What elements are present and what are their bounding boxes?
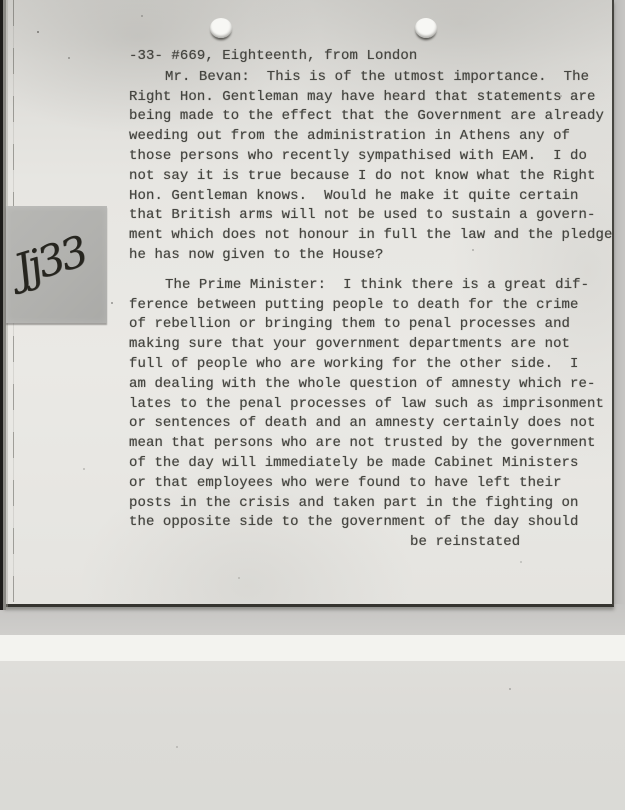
text-line: or that employees who were found to have…: [129, 474, 624, 494]
punch-hole-right: [414, 17, 437, 38]
typed-text: -33- #669, Eighteenth, from London Mr. B…: [129, 47, 624, 553]
text-line: ference between putting people to death …: [129, 296, 624, 316]
text-line: lates to the penal processes of law such…: [129, 395, 624, 415]
text-line: ment which does not honour in full the l…: [129, 226, 624, 246]
text-line: of rebellion or bringing them to penal p…: [129, 315, 624, 335]
dust-specks: [0, 0, 2, 2]
text-line: weeding out from the administration in A…: [129, 127, 624, 147]
text-line: being made to the effect that the Govern…: [129, 107, 624, 127]
text-line: that British arms will not be used to su…: [129, 206, 624, 226]
paragraph: Mr. Bevan: This is of the utmost importa…: [129, 68, 624, 266]
text-line: those persons who recently sympathised w…: [129, 147, 624, 167]
text-line: Right Hon. Gentleman may have heard that…: [129, 88, 624, 108]
text-line: Hon. Gentleman knows. Would he make it q…: [129, 187, 624, 207]
text-line: making sure that your government departm…: [129, 335, 624, 355]
text-line: or sentences of death and an amnesty cer…: [129, 414, 624, 434]
page-header-line: -33- #669, Eighteenth, from London: [129, 47, 624, 67]
text-line: of the day will immediately be made Cabi…: [129, 454, 624, 474]
text-line: am dealing with the whole question of am…: [129, 375, 624, 395]
backing-shadow-band: [0, 604, 625, 635]
text-line: The Prime Minister: I think there is a g…: [129, 276, 624, 296]
text-line: mean that persons who are not trusted by…: [129, 434, 624, 454]
document-scan: -33- #669, Eighteenth, from London Mr. B…: [0, 0, 625, 810]
handwritten-mark: Jj33: [8, 227, 91, 295]
paragraph: The Prime Minister: I think there is a g…: [129, 276, 624, 553]
backing-bottom-area: [0, 661, 625, 810]
punch-hole-left: [210, 18, 232, 38]
text-line: he has now given to the House?: [129, 246, 624, 266]
backing-white-band: [0, 635, 625, 661]
typed-text-body: Mr. Bevan: This is of the utmost importa…: [129, 68, 624, 553]
text-line: not say it is true because I do not know…: [129, 167, 624, 187]
text-line: Mr. Bevan: This is of the utmost importa…: [129, 68, 624, 88]
text-line: posts in the crisis and taken part in th…: [129, 494, 624, 514]
archive-label-sticker: Jj33: [6, 206, 107, 323]
text-line: full of people who are working for the o…: [129, 355, 624, 375]
text-line: the opposite side to the government of t…: [129, 513, 624, 533]
closing-line: be reinstated: [129, 533, 624, 553]
